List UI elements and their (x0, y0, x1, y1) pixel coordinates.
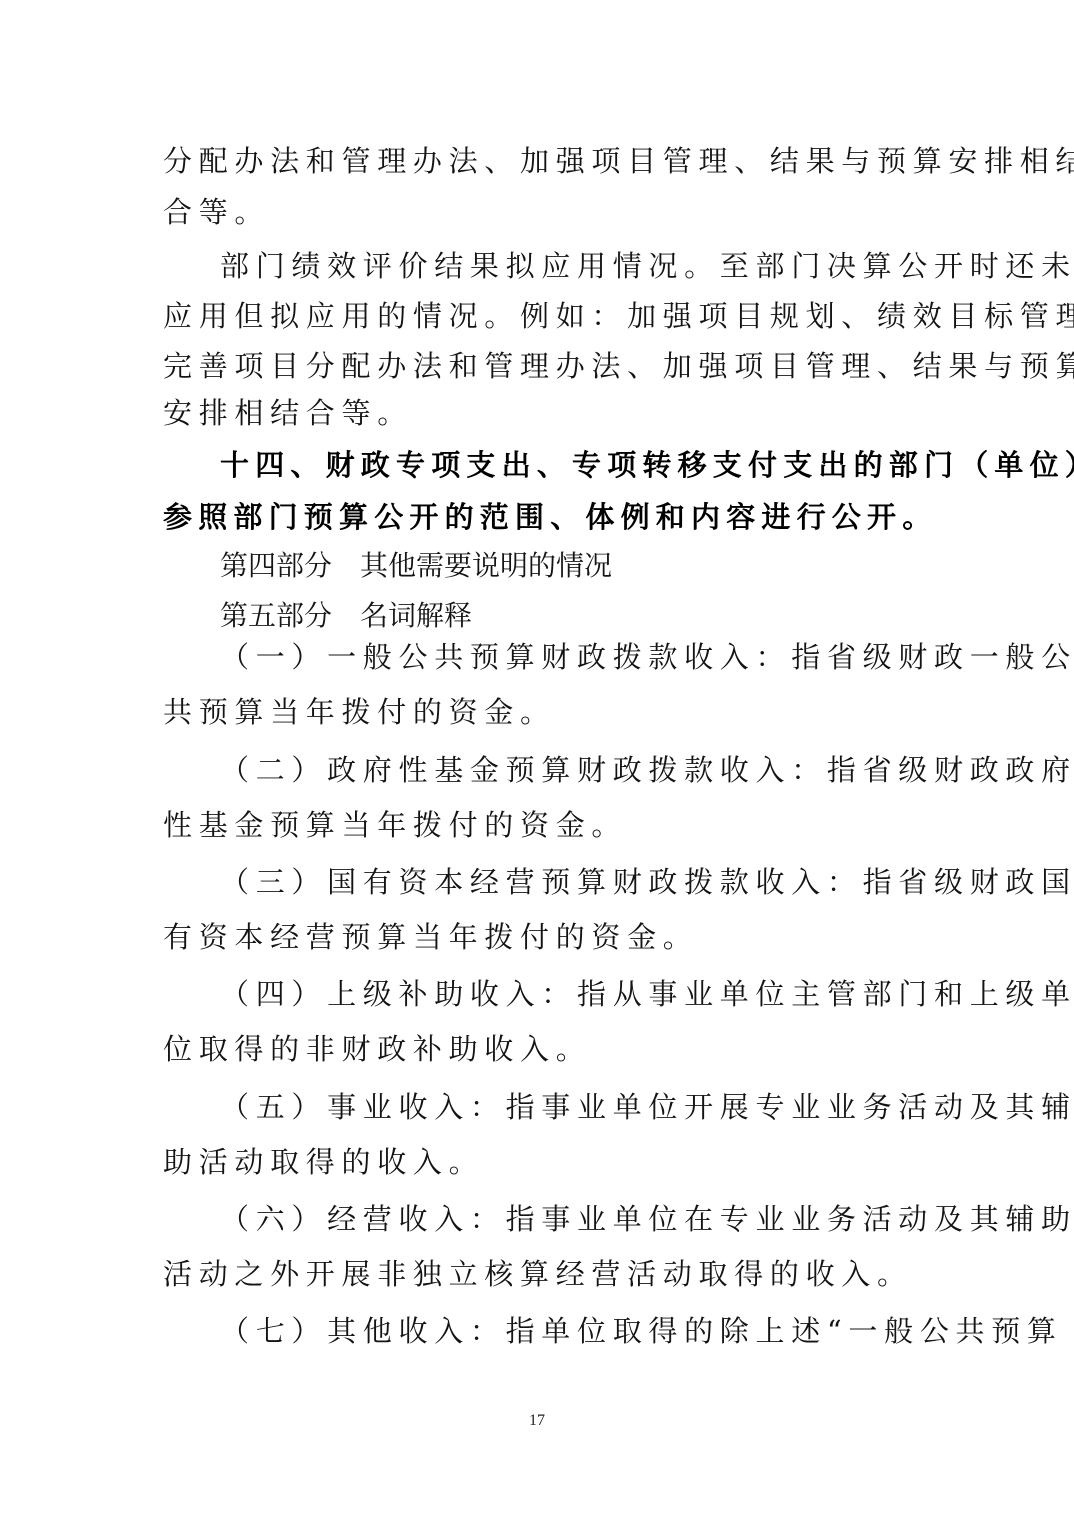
section-fourteen-title-cont: 参照部门预算公开的范围、体例和内容进行公开。 (163, 497, 923, 537)
paragraph-line: 部门绩效评价结果拟应用情况。至部门决算公开时还未 (220, 246, 980, 286)
definition-item: （四）上级补助收入：指从事业单位主管部门和上级单 (220, 974, 980, 1014)
section-fourteen-title: 十四、财政专项支出、专项转移支付支出的部门（单位） (220, 445, 980, 485)
paragraph-line: 助活动取得的收入。 (163, 1142, 923, 1182)
paragraph-line: 分配办法和管理办法、加强项目管理、结果与预算安排相结 (163, 141, 923, 181)
part-five-heading: 第五部分名词解释 (220, 596, 980, 636)
part-four-label: 第四部分 (220, 549, 332, 582)
paragraph-line: 安排相结合等。 (163, 393, 923, 433)
definition-item: （一）一般公共预算财政拨款收入：指省级财政一般公 (220, 637, 980, 677)
paragraph-line: 有资本经营预算当年拨付的资金。 (163, 917, 923, 957)
definition-item: （三）国有资本经营预算财政拨款收入：指省级财政国 (220, 862, 980, 902)
part-four-heading: 第四部分其他需要说明的情况 (220, 546, 980, 586)
definition-item: （五）事业收入：指事业单位开展专业业务活动及其辅 (220, 1087, 980, 1127)
paragraph-line: 活动之外开展非独立核算经营活动取得的收入。 (163, 1254, 923, 1294)
paragraph-line: 位取得的非财政补助收入。 (163, 1029, 923, 1069)
paragraph-line: 完善项目分配办法和管理办法、加强项目管理、结果与预算 (163, 346, 923, 386)
document-page: 分配办法和管理办法、加强项目管理、结果与预算安排相结 合等。 部门绩效评价结果拟… (0, 0, 1074, 1520)
definition-item: （二）政府性基金预算财政拨款收入：指省级财政政府 (220, 750, 980, 790)
page-number: 17 (0, 1412, 1074, 1430)
paragraph-line: 共预算当年拨付的资金。 (163, 692, 923, 732)
part-four-title: 其他需要说明的情况 (360, 549, 612, 582)
paragraph-line: 合等。 (163, 192, 923, 232)
part-five-title: 名词解释 (360, 599, 472, 632)
definition-item: （七）其他收入：指单位取得的除上述“一般公共预算 (220, 1311, 980, 1351)
paragraph-line: 性基金预算当年拨付的资金。 (163, 805, 923, 845)
definition-item: （六）经营收入：指事业单位在专业业务活动及其辅助 (220, 1199, 980, 1239)
paragraph-line: 应用但拟应用的情况。例如：加强项目规划、绩效目标管理、 (163, 296, 923, 336)
part-five-label: 第五部分 (220, 599, 332, 632)
